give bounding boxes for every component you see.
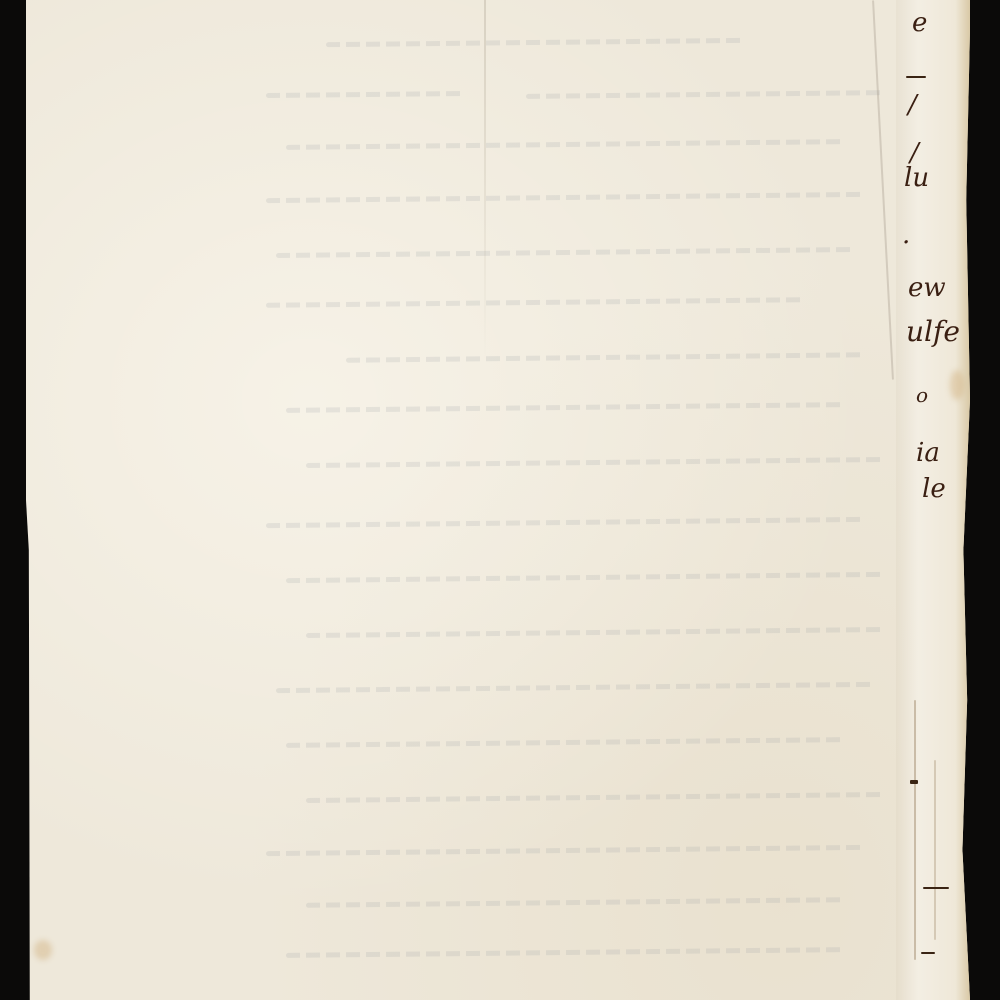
ink-mark bbox=[923, 887, 949, 889]
ink-fragment: lu bbox=[904, 165, 929, 191]
foxing-stain bbox=[34, 940, 52, 960]
foxing-stain bbox=[950, 370, 964, 400]
ink-fragment: e bbox=[912, 10, 927, 36]
ink-fragment: ia bbox=[916, 440, 940, 466]
manuscript-page bbox=[26, 0, 970, 1000]
bleed-through-text bbox=[266, 0, 906, 1000]
ink-fragment: / bbox=[908, 92, 917, 118]
ink-mark bbox=[921, 952, 935, 954]
ink-fragment: le bbox=[922, 476, 946, 502]
ink-fragment: o bbox=[916, 385, 928, 405]
edge-crease bbox=[914, 700, 916, 960]
ink-fragment: ew bbox=[908, 275, 946, 301]
ink-mark bbox=[910, 780, 918, 784]
ink-fragment: ulfe bbox=[906, 318, 960, 346]
ink-fragment: . bbox=[902, 222, 910, 248]
edge-crease bbox=[934, 760, 936, 940]
